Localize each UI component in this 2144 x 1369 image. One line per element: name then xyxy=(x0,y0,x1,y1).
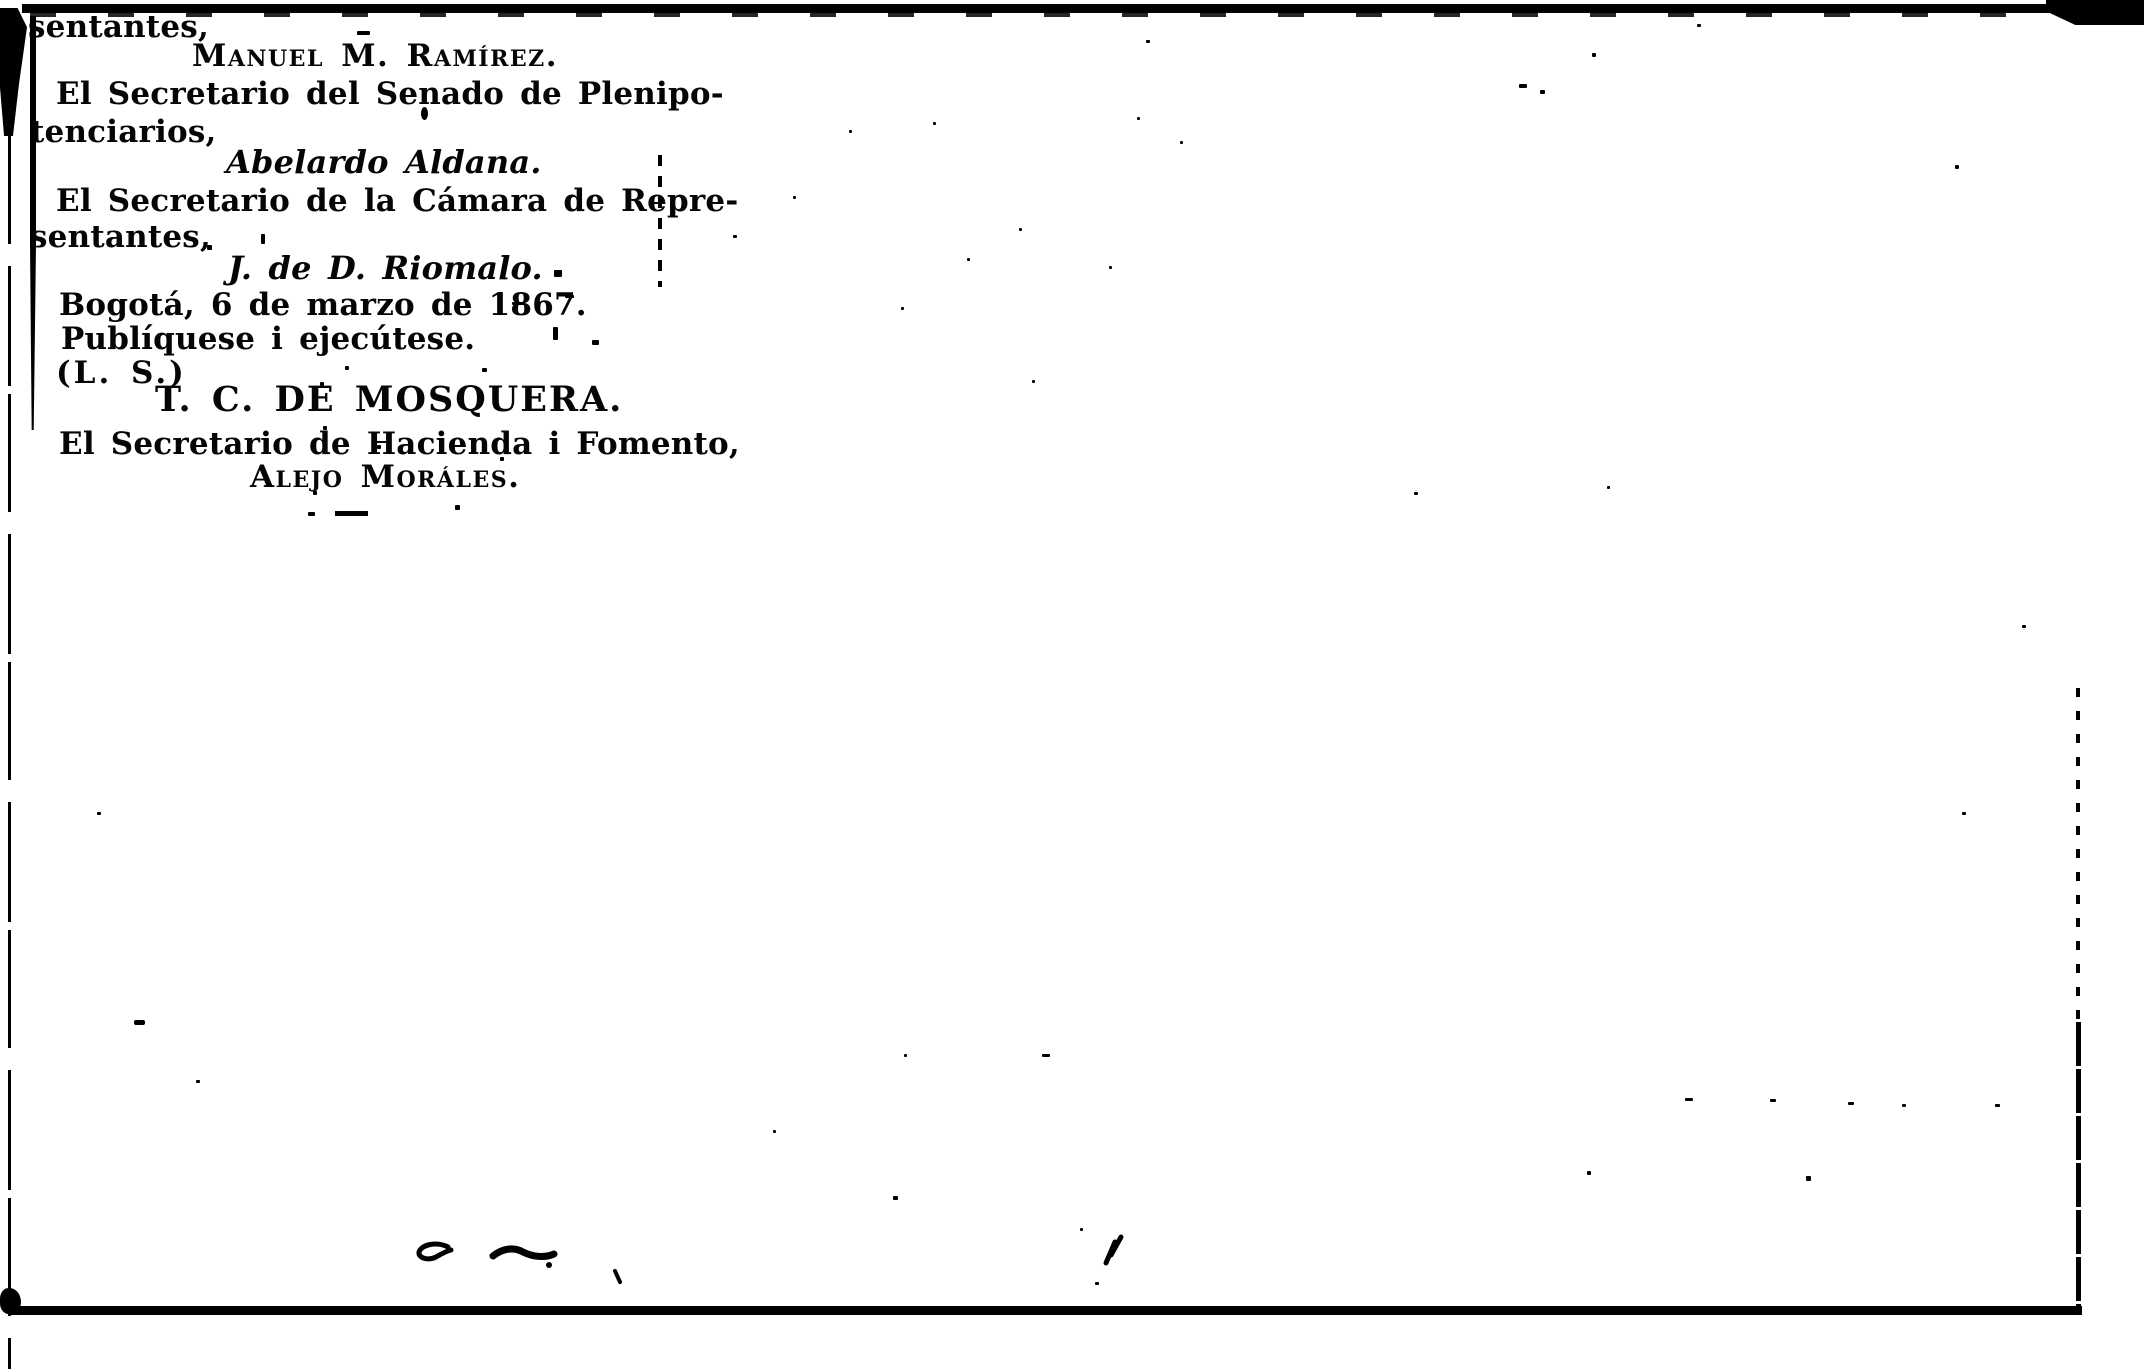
noise-speck xyxy=(323,426,327,430)
noise-speck xyxy=(1955,165,1959,169)
noise-speck xyxy=(1770,1099,1776,1102)
noise-speck xyxy=(482,368,487,372)
noise-speck xyxy=(421,107,428,120)
left-edge-rule xyxy=(8,126,11,1369)
noise-speck xyxy=(1607,486,1610,489)
noise-speck xyxy=(1592,53,1596,57)
top-left-edge-blob xyxy=(0,8,27,136)
noise-speck xyxy=(1146,40,1150,43)
noise-speck xyxy=(901,307,904,310)
noise-speck xyxy=(1806,1176,1811,1181)
scanned-document-page: sentantes, Manuel M. Ramírez. El Secreta… xyxy=(0,0,2144,1369)
ink-slash-mark-a xyxy=(1106,1242,1115,1263)
noise-speck xyxy=(313,491,317,495)
signature-abelardo-aldana: Abelardo Aldana. xyxy=(226,146,542,178)
ink-tick xyxy=(615,1271,620,1282)
noise-speck xyxy=(1180,141,1183,144)
noise-speck xyxy=(1848,1102,1854,1105)
line-tenciarios: tenciarios, xyxy=(30,117,217,148)
line-secretario-hacienda: El Secretario de Hacienda i Fomento, xyxy=(59,429,740,460)
noise-speck xyxy=(1080,1228,1083,1231)
noise-speck xyxy=(261,234,265,244)
noise-speck xyxy=(97,812,101,815)
line-bogota-date: Bogotá, 6 de marzo de 1867. xyxy=(59,290,587,321)
ink-smudge-curl xyxy=(419,1244,451,1259)
noise-speck xyxy=(357,31,370,35)
noise-speck xyxy=(500,457,504,461)
noise-speck xyxy=(793,196,796,199)
noise-speck xyxy=(592,340,599,345)
noise-speck xyxy=(565,295,574,298)
noise-speck xyxy=(1519,84,1527,88)
line-publiquese: Publíquese i ejecútese. xyxy=(61,324,475,355)
noise-speck xyxy=(1962,812,1966,815)
line-secretario-camara: El Secretario de la Cámara de Repre- xyxy=(56,186,738,217)
signature-manuel-m-ramirez: Manuel M. Ramírez. xyxy=(192,41,558,72)
noise-speck xyxy=(1995,1104,2000,1107)
right-page-rule-upper xyxy=(2076,688,2080,1022)
noise-speck xyxy=(1019,228,1022,231)
signature-t-c-de-mosquera: T. C. DE MOSQUERA. xyxy=(155,382,623,417)
noise-speck xyxy=(733,235,737,238)
section-end-dash xyxy=(335,511,368,516)
noise-speck xyxy=(196,1080,200,1083)
noise-speck xyxy=(1697,24,1701,27)
top-border-rule xyxy=(22,4,2144,13)
noise-speck xyxy=(1685,1098,1693,1101)
noise-speck xyxy=(893,1196,898,1200)
ink-smudge-wave xyxy=(493,1249,554,1257)
noise-speck xyxy=(553,327,558,340)
noise-speck xyxy=(1414,492,1418,495)
noise-speck xyxy=(1042,1054,1050,1057)
right-column-rule xyxy=(658,155,662,287)
noise-speck xyxy=(207,245,212,250)
noise-speck xyxy=(512,302,525,305)
signature-j-de-d-riomalo: J. de D. Riomalo. xyxy=(228,252,543,284)
ink-slash-mark-b xyxy=(1111,1237,1121,1255)
noise-speck xyxy=(455,505,460,510)
noise-speck xyxy=(2022,625,2026,628)
noise-speck xyxy=(320,382,324,386)
top-border-fragments xyxy=(30,13,2050,17)
noise-speck xyxy=(849,130,852,133)
noise-speck xyxy=(933,122,936,125)
noise-speck xyxy=(773,1130,776,1133)
noise-speck xyxy=(1540,90,1545,94)
bottom-border-rule xyxy=(8,1306,2082,1315)
noise-speck xyxy=(345,366,349,370)
right-page-rule-lower xyxy=(2076,1022,2081,1314)
noise-speck xyxy=(1902,1104,1906,1107)
noise-speck xyxy=(308,512,315,516)
noise-speck xyxy=(967,258,970,261)
noise-speck xyxy=(1095,1282,1099,1285)
line-sentantes-top: sentantes, xyxy=(28,12,209,43)
noise-speck xyxy=(377,445,381,449)
signature-alejo-morales: Alejo Moráles. xyxy=(250,462,520,493)
line-sentantes: sentantes, xyxy=(30,222,211,253)
noise-speck xyxy=(1137,117,1140,120)
top-right-edge-blob xyxy=(2046,0,2144,25)
noise-speck xyxy=(554,270,562,277)
noise-speck xyxy=(1032,380,1035,383)
line-secretario-senado: El Secretario del Senado de Plenipo- xyxy=(56,79,724,110)
noise-speck xyxy=(1109,266,1112,269)
ink-drop xyxy=(546,1262,552,1268)
noise-speck xyxy=(134,1020,145,1025)
noise-speck xyxy=(904,1054,907,1057)
noise-speck xyxy=(1587,1171,1591,1175)
